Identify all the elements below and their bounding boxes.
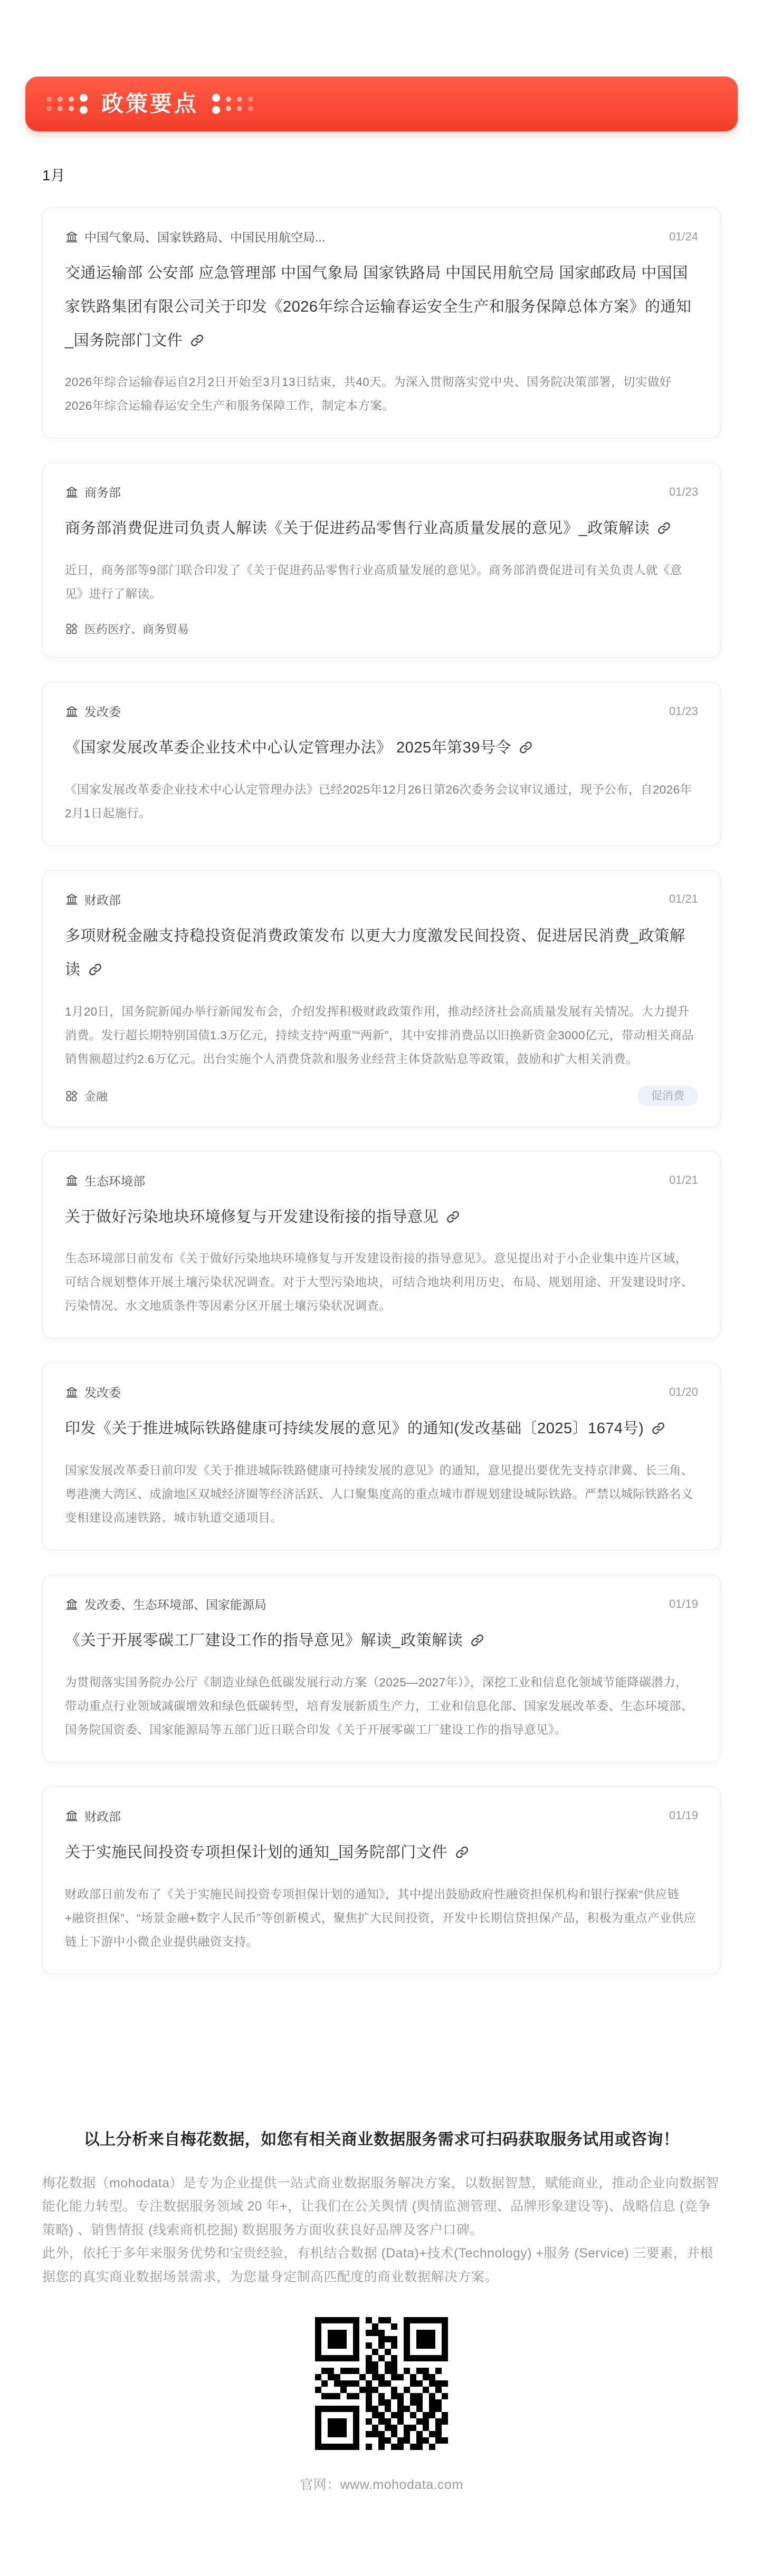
article-summary: 生态环境部日前发布《关于做好污染地块环境修复与开发建设衔接的指导意见》。意见提出… bbox=[65, 1247, 698, 1318]
article-summary: 1月20日，国务院新闻办举行新闻发布会，介绍发挥积极财政政策作用，推动经济社会高… bbox=[65, 1000, 698, 1071]
article-summary: 近日，商务部等9部门联合印发了《关于促进药品零售行业高质量发展的意见》。商务部消… bbox=[65, 558, 698, 606]
policy-card: 发改委 01/23 《国家发展改革委企业技术中心认定管理办法》 2025年第39… bbox=[42, 682, 721, 846]
article-title-link[interactable]: 《国家发展改革委企业技术中心认定管理办法》 2025年第39号令 bbox=[65, 731, 698, 767]
card-header: 财政部 01/21 bbox=[65, 891, 698, 908]
card-header: 中国气象局、国家铁路局、中国民用航空局... 01/24 bbox=[65, 228, 698, 245]
link-icon[interactable] bbox=[455, 1838, 469, 1872]
article-summary: 《国家发展改革委企业技术中心认定管理办法》已经2025年12月26日第26次委务… bbox=[65, 778, 698, 825]
article-summary: 2026年综合运输春运自2月2日开始至3月13日结束，共40天。为深入贯彻落实党… bbox=[65, 370, 698, 418]
footer-paragraph: 梅花数据（mohodata）是专为企业提供一站式商业数据服务解决方案，以数据智慧… bbox=[42, 2172, 721, 2242]
policy-card: 商务部 01/23 商务部消费促进司负责人解读《关于促进药品零售行业高质量发展的… bbox=[42, 462, 721, 658]
bank-icon bbox=[65, 1809, 79, 1822]
topic-badge: 促消费 bbox=[637, 1086, 698, 1106]
article-title-link[interactable]: 印发《关于推进城际铁路健康可持续发展的意见》的通知(发改基础〔2025〕1674… bbox=[65, 1412, 698, 1448]
article-title-link[interactable]: 交通运输部 公安部 应急管理部 中国气象局 国家铁路局 中国民用航空局 国家邮政… bbox=[65, 257, 698, 360]
article-title-link[interactable]: 商务部消费促进司负责人解读《关于促进药品零售行业高质量发展的意见》_政策解读 bbox=[65, 512, 698, 548]
card-header: 商务部 01/23 bbox=[65, 483, 698, 500]
institution-label: 发改委、生态环境部、国家能源局 bbox=[84, 1595, 266, 1613]
bank-icon bbox=[65, 230, 79, 244]
qr-code bbox=[315, 2317, 448, 2450]
link-icon[interactable] bbox=[190, 326, 204, 360]
page-banner: 政策要点 bbox=[25, 76, 738, 131]
link-icon[interactable] bbox=[657, 514, 671, 548]
issuing-institution: 发改委 bbox=[65, 702, 121, 720]
bank-icon bbox=[65, 1385, 79, 1399]
article-title-link[interactable]: 《关于开展零碳工厂建设工作的指导意见》解读_政策解读 bbox=[65, 1624, 698, 1660]
policy-card-list: 中国气象局、国家铁路局、中国民用航空局... 01/24 交通运输部 公安部 应… bbox=[42, 207, 721, 1974]
policy-card: 财政部 01/19 关于实施民间投资专项担保计划的通知_国务院部门文件 财政部日… bbox=[42, 1787, 721, 1974]
issuing-institution: 发改委 bbox=[65, 1383, 121, 1401]
card-header: 发改委 01/20 bbox=[65, 1383, 698, 1401]
date-label: 01/23 bbox=[669, 705, 698, 718]
link-icon[interactable] bbox=[470, 1626, 484, 1660]
bank-icon bbox=[65, 485, 79, 499]
card-header: 财政部 01/19 bbox=[65, 1807, 698, 1825]
institution-label: 发改委 bbox=[84, 1383, 121, 1401]
article-title-link[interactable]: 多项财税金融支持稳投资促消费政策发布 以更大力度激发民间投资、促进居民消费_政策… bbox=[65, 920, 698, 989]
institution-label: 财政部 bbox=[84, 891, 121, 908]
tag-labels: 金融 bbox=[84, 1088, 108, 1104]
bank-icon bbox=[65, 892, 79, 906]
tag-labels: 医药医疗、商务贸易 bbox=[84, 621, 189, 637]
issuing-institution: 生态环境部 bbox=[65, 1172, 145, 1189]
website-label: 官网：www.mohodata.com bbox=[0, 2474, 763, 2493]
card-header: 发改委、生态环境部、国家能源局 01/19 bbox=[65, 1595, 698, 1613]
category-icon bbox=[65, 622, 78, 635]
policy-card: 生态环境部 01/21 关于做好污染地块环境修复与开发建设衔接的指导意见 生态环… bbox=[42, 1151, 721, 1339]
page-title: 政策要点 bbox=[101, 93, 198, 115]
issuing-institution: 中国气象局、国家铁路局、中国民用航空局... bbox=[65, 228, 325, 245]
issuing-institution: 商务部 bbox=[65, 483, 121, 500]
issuing-institution: 财政部 bbox=[65, 891, 121, 908]
tag-row: 金融 促消费 bbox=[65, 1086, 698, 1106]
institution-label: 财政部 bbox=[84, 1807, 121, 1825]
footer: 以上分析来自梅花数据，如您有相关商业数据服务需求可扫码获取服务试用或咨询！ 梅花… bbox=[0, 2126, 763, 2494]
policy-card: 发改委 01/20 印发《关于推进城际铁路健康可持续发展的意见》的通知(发改基础… bbox=[42, 1363, 721, 1550]
bank-icon bbox=[65, 1597, 79, 1611]
date-label: 01/20 bbox=[669, 1385, 698, 1399]
institution-label: 生态环境部 bbox=[84, 1172, 145, 1189]
date-label: 01/24 bbox=[669, 230, 698, 244]
institution-label: 中国气象局、国家铁路局、中国民用航空局... bbox=[84, 228, 325, 245]
article-title-link[interactable]: 关于做好污染地块环境修复与开发建设衔接的指导意见 bbox=[65, 1201, 698, 1237]
bank-icon bbox=[65, 705, 79, 718]
footer-description: 梅花数据（mohodata）是专为企业提供一站式商业数据服务解决方案，以数据智慧… bbox=[42, 2172, 721, 2289]
article-title-link[interactable]: 关于实施民间投资专项担保计划的通知_国务院部门文件 bbox=[65, 1836, 698, 1872]
article-summary: 财政部日前发布了《关于实施民间投资专项担保计划的通知》，其中提出鼓励政府性融资担… bbox=[65, 1883, 698, 1954]
link-icon[interactable] bbox=[519, 734, 533, 767]
footer-headline: 以上分析来自梅花数据，如您有相关商业数据服务需求可扫码获取服务试用或咨询！ bbox=[42, 2126, 721, 2149]
institution-label: 商务部 bbox=[84, 483, 121, 500]
card-header: 生态环境部 01/21 bbox=[65, 1172, 698, 1189]
link-icon[interactable] bbox=[88, 956, 102, 989]
date-label: 01/21 bbox=[669, 1173, 698, 1187]
policy-card: 中国气象局、国家铁路局、中国民用航空局... 01/24 交通运输部 公安部 应… bbox=[42, 207, 721, 438]
policy-card: 发改委、生态环境部、国家能源局 01/19 《关于开展零碳工厂建设工作的指导意见… bbox=[42, 1575, 721, 1762]
bank-icon bbox=[65, 1173, 79, 1187]
date-label: 01/21 bbox=[669, 892, 698, 906]
tag-row: 医药医疗、商务贸易 bbox=[65, 621, 698, 637]
month-label: 1月 bbox=[42, 164, 721, 185]
date-label: 01/19 bbox=[669, 1597, 698, 1611]
article-summary: 国家发展改革委日前印发《关于推进城际铁路健康可持续发展的意见》的通知，意见提出要… bbox=[65, 1459, 698, 1530]
banner-dots-right-icon bbox=[212, 94, 253, 114]
date-label: 01/19 bbox=[669, 1809, 698, 1822]
link-icon[interactable] bbox=[446, 1203, 460, 1237]
banner-dots-left-icon bbox=[46, 94, 88, 114]
article-summary: 为贯彻落实国务院办公厅《制造业绿色低碳发展行动方案（2025—2027年）》，深… bbox=[65, 1671, 698, 1742]
institution-label: 发改委 bbox=[84, 702, 121, 720]
issuing-institution: 财政部 bbox=[65, 1807, 121, 1825]
category-icon bbox=[65, 1089, 78, 1103]
card-header: 发改委 01/23 bbox=[65, 702, 698, 720]
issuing-institution: 发改委、生态环境部、国家能源局 bbox=[65, 1595, 266, 1613]
date-label: 01/23 bbox=[669, 485, 698, 499]
link-icon[interactable] bbox=[651, 1414, 665, 1448]
footer-paragraph: 此外，依托于多年来服务优势和宝贵经验，有机结合数据 (Data)+技术(Tech… bbox=[42, 2242, 721, 2289]
policy-card: 财政部 01/21 多项财税金融支持稳投资促消费政策发布 以更大力度激发民间投资… bbox=[42, 870, 721, 1127]
